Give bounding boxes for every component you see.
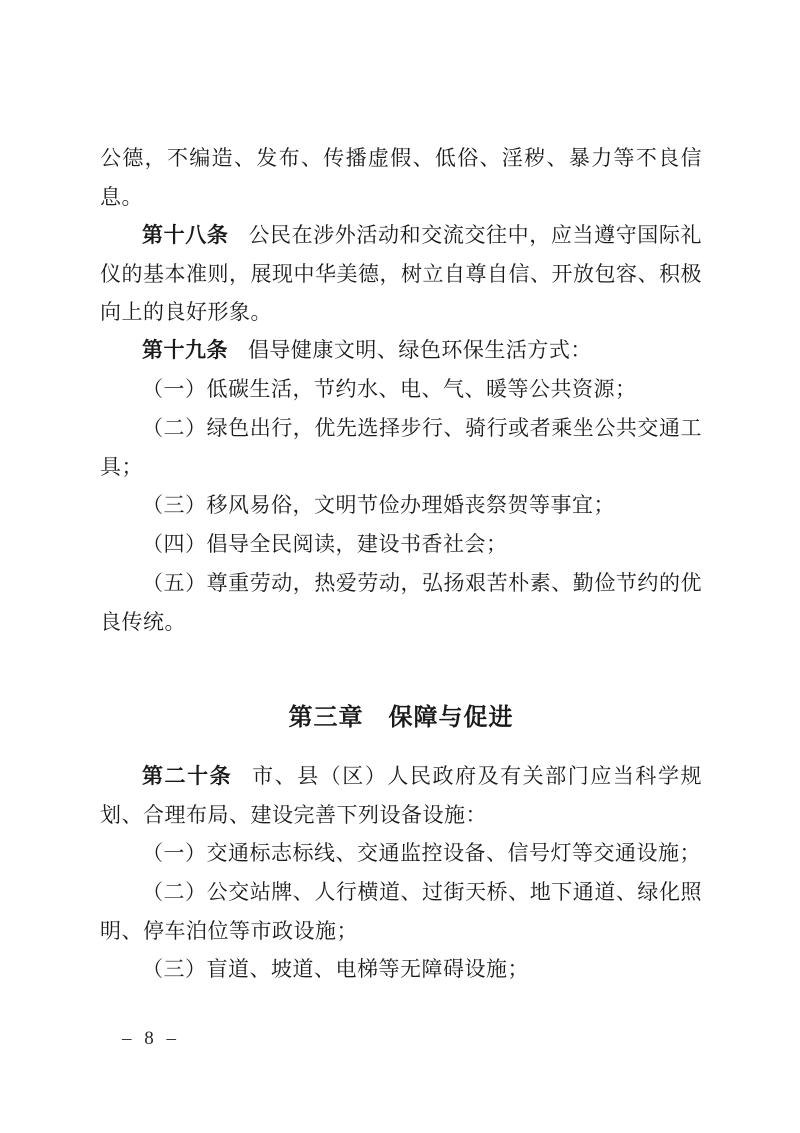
- paragraph-text: （二）绿色出行，优先选择步行、骑行或者乘坐公共交通工具；: [100, 416, 702, 479]
- paragraph: （二）公交站牌、人行横道、过街天桥、地下通道、绿化照明、停车泊位等市政设施；: [100, 873, 702, 950]
- article-number: 第十八条: [142, 224, 228, 247]
- paragraph: 第十八条公民在涉外活动和交流交往中，应当遵守国际礼仪的基本准则，展现中华美德，树…: [100, 216, 702, 331]
- paragraph-text: （三）盲道、坡道、电梯等无障碍设施；: [142, 957, 529, 981]
- paragraph: （五）尊重劳动，热爱劳动，弘扬艰苦朴素、勤俭节约的优良传统。: [100, 564, 702, 641]
- paragraph: 第十九条倡导健康文明、绿色环保生活方式：: [100, 331, 702, 370]
- chapter-heading: 第三章 保障与促进: [100, 699, 702, 737]
- page-number: – 8 –: [122, 1028, 179, 1050]
- document-page: 公德，不编造、发布、传播虚假、低俗、淫秽、暴力等不良信息。 第十八条公民在涉外活…: [0, 0, 800, 1133]
- paragraph: 公德，不编造、发布、传播虚假、低俗、淫秽、暴力等不良信息。: [100, 139, 702, 216]
- paragraph-text: 公德，不编造、发布、传播虚假、低俗、淫秽、暴力等不良信息。: [100, 146, 702, 209]
- paragraph: （一）低碳生活，节约水、电、气、暖等公共资源；: [100, 370, 702, 409]
- paragraph-text: （四）倡导全民阅读，建设书香社会；: [142, 532, 508, 556]
- paragraph: （一）交通标志标线、交通监控设备、信号灯等交通设施；: [100, 834, 702, 873]
- paragraph: （四）倡导全民阅读，建设书香社会；: [100, 525, 702, 564]
- paragraph-text: （三）移风易俗，文明节俭办理婚丧祭贺等事宜；: [142, 493, 615, 517]
- paragraph-text: （一）交通标志标线、交通监控设备、信号灯等交通设施；: [142, 841, 701, 865]
- article-number: 第二十条: [142, 765, 232, 788]
- paragraph-text: （五）尊重劳动，热爱劳动，弘扬艰苦朴素、勤俭节约的优良传统。: [100, 571, 702, 634]
- document-text-block: 公德，不编造、发布、传播虚假、低俗、淫秽、暴力等不良信息。 第十八条公民在涉外活…: [100, 139, 702, 989]
- paragraph-text: （一）低碳生活，节约水、电、气、暖等公共资源；: [142, 377, 637, 401]
- paragraph: （二）绿色出行，优先选择步行、骑行或者乘坐公共交通工具；: [100, 409, 702, 486]
- paragraph: （三）盲道、坡道、电梯等无障碍设施；: [100, 950, 702, 989]
- paragraph-text: 倡导健康文明、绿色环保生活方式：: [248, 338, 592, 362]
- paragraph: （三）移风易俗，文明节俭办理婚丧祭贺等事宜；: [100, 486, 702, 525]
- paragraph-text: （二）公交站牌、人行横道、过街天桥、地下通道、绿化照明、停车泊位等市政设施；: [100, 880, 702, 943]
- paragraph: 第二十条市、县（区）人民政府及有关部门应当科学规划、合理布局、建设完善下列设备设…: [100, 757, 702, 834]
- article-number: 第十九条: [142, 339, 228, 362]
